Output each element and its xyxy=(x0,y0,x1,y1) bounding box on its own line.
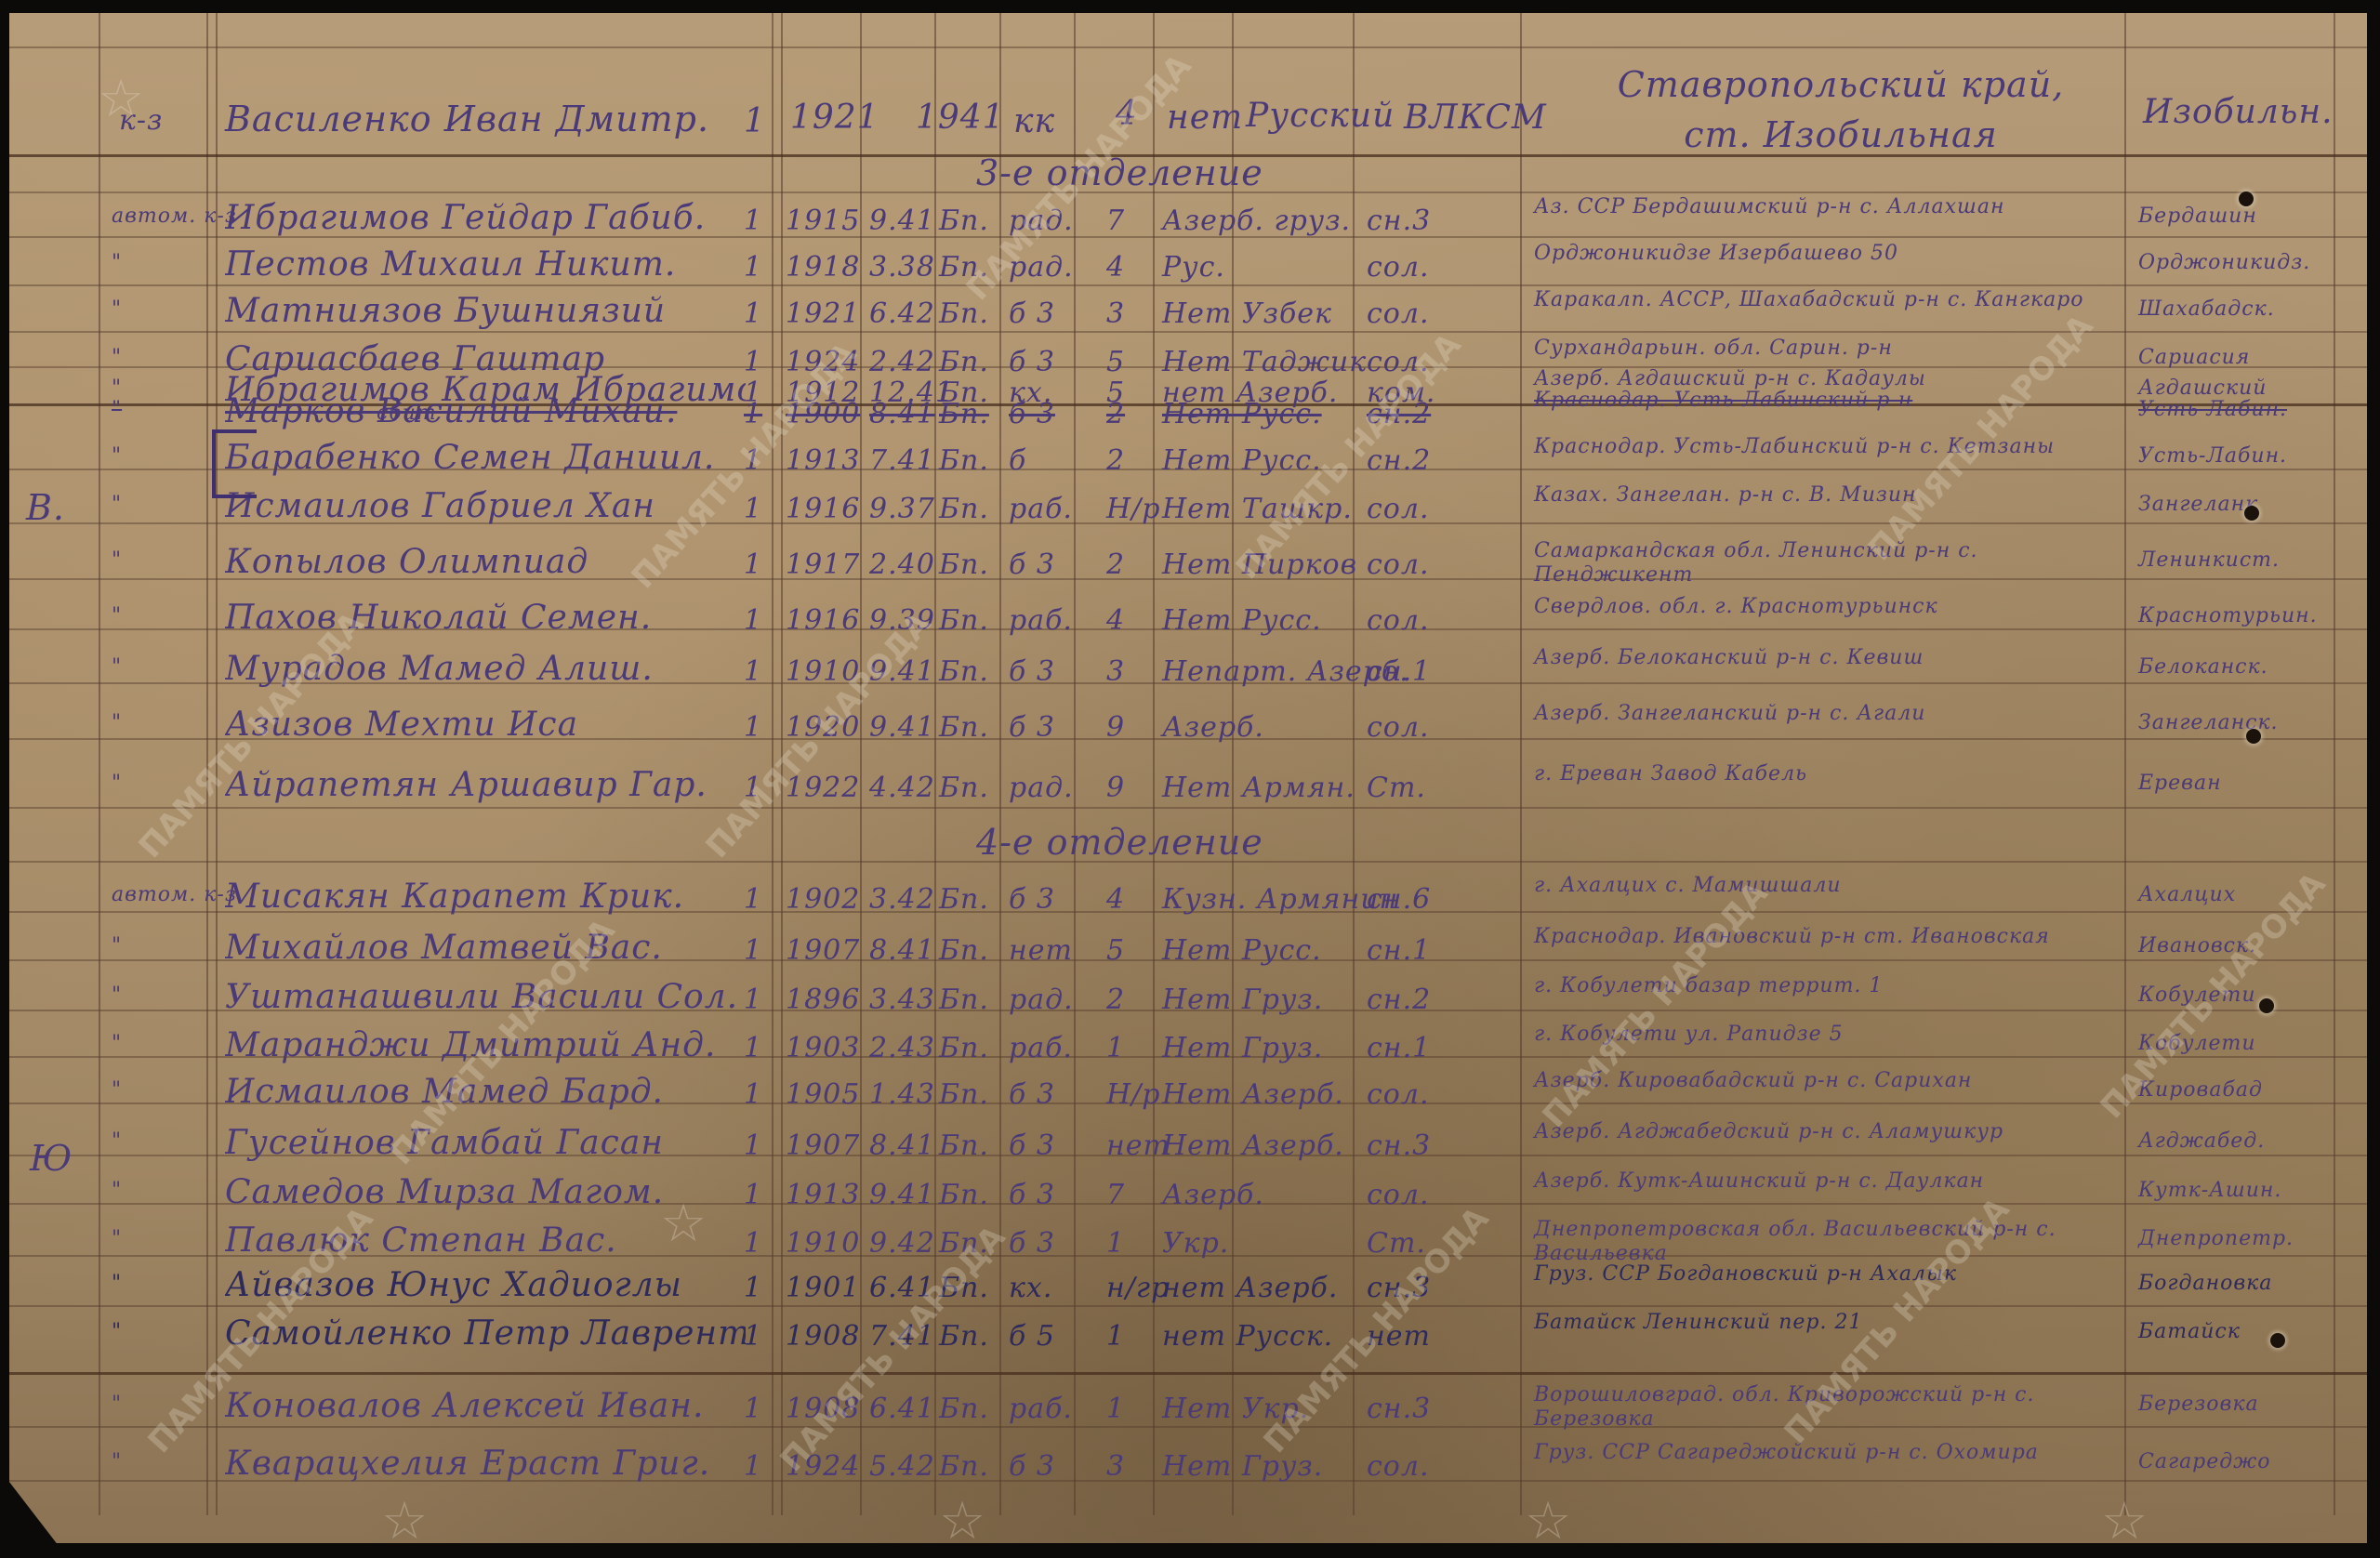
cell-unit: Бп. xyxy=(939,493,989,525)
cell-name: Барабенко Семен Даниил. xyxy=(225,439,746,477)
cell-col5: б 3 xyxy=(1009,548,1055,581)
cell-rank: " xyxy=(112,398,122,421)
cell-rank: " xyxy=(112,346,122,369)
cell-rank: автом. к-з xyxy=(112,883,237,906)
cell-col5: б 3 xyxy=(1009,1227,1055,1260)
cell-birth-year: 1907 xyxy=(786,1129,860,1162)
row-rule xyxy=(9,807,2367,809)
cell-col8: сн.3 xyxy=(1367,1393,1431,1425)
cell-unit: Бп. xyxy=(939,398,989,430)
cell-col6: 7 xyxy=(1106,205,1125,237)
cell-name: Кварацхелия Ераст Григ. xyxy=(225,1445,746,1483)
cell-rank: " xyxy=(112,1450,122,1473)
cell-col8: Ст. xyxy=(1367,772,1426,804)
cell-locality: Березовка xyxy=(2138,1393,2259,1416)
cell-name: Пахов Николай Семен. xyxy=(225,599,746,637)
cell-col6: 3 xyxy=(1106,297,1125,330)
cell-col6: 1 xyxy=(1106,1032,1125,1064)
cell-birth-year: 1916 xyxy=(786,493,860,525)
cell-birth-year: 1918 xyxy=(786,251,860,284)
cell-rank: автом. к-з xyxy=(112,205,237,228)
cell-name: Исмаилов Габриел Хан xyxy=(225,487,746,525)
punch-hole xyxy=(2246,729,2261,744)
cell-col7: нет Русск. xyxy=(1162,1320,1333,1353)
punch-hole xyxy=(2259,998,2274,1013)
cell-birth-year: 1921 xyxy=(786,297,860,330)
cell-col6: 2 xyxy=(1106,398,1125,430)
cell-birth-year: 1908 xyxy=(786,1320,860,1353)
cell-birth-year: 1913 xyxy=(786,1179,860,1211)
cell-name: Марков Василий Михай. xyxy=(225,392,746,430)
cell-name: Уштанашвили Васили Сол. xyxy=(225,978,746,1016)
cell-name: Пестов Михаил Никит. xyxy=(225,245,746,284)
cell-count: 1 xyxy=(744,711,762,744)
cell-date: 5.42 xyxy=(869,1450,935,1483)
cell-count: 1 xyxy=(744,604,762,637)
cell-locality: Днепропетр. xyxy=(2138,1227,2294,1250)
cell-unit: Бп. xyxy=(939,1393,989,1425)
cell-count: 1 xyxy=(744,1078,762,1111)
margin-mark: В. xyxy=(26,487,65,528)
column-rule xyxy=(2124,13,2126,1515)
cell-unit: Бп. xyxy=(939,984,989,1016)
cell-name: Матниязов Бушниязий xyxy=(225,292,746,330)
cell-col6: 1 xyxy=(1106,1227,1125,1260)
cell-col7: Нет Русс. xyxy=(1162,444,1322,477)
cell-date: 4.42 xyxy=(869,772,935,804)
cell-col7: Азерб. xyxy=(1162,1179,1264,1211)
star-icon: ☆ xyxy=(1525,1491,1571,1551)
cell-unit: Бп. xyxy=(939,934,989,967)
cell-col6: 4 xyxy=(1106,604,1125,637)
cell-birth-year: 1913 xyxy=(786,444,860,477)
cell-locality: Зангеланк xyxy=(2138,493,2258,516)
cell-col6: 2 xyxy=(1106,548,1125,581)
cell-unit: Бп. xyxy=(939,604,989,637)
cell-col7: Укр. xyxy=(1162,1227,1229,1260)
cell-col6: 1 xyxy=(1106,1393,1125,1425)
row-rule xyxy=(9,46,2367,48)
punch-hole xyxy=(2270,1333,2285,1348)
cell-rank: " xyxy=(112,604,122,627)
cell-col8: сн.1 xyxy=(1367,934,1431,967)
cell-date: 2.42 xyxy=(869,346,935,378)
column-rule xyxy=(1520,13,1522,1515)
cell-col8: сол. xyxy=(1367,251,1430,284)
cell-col8: сол. xyxy=(1367,548,1430,581)
cell-col5: б 3 xyxy=(1009,398,1055,430)
cell-rank: " xyxy=(112,984,122,1007)
cell-rank: " xyxy=(112,297,122,321)
header-address: Ставропольский край, ст. Изобильная xyxy=(1580,59,2101,160)
cell-address: Орджоникидзе Изербашево 50 xyxy=(1534,242,2110,266)
cell-count: 1 xyxy=(744,1450,762,1483)
cell-locality: Белоканск. xyxy=(2138,655,2268,679)
cell-unit: Бп. xyxy=(939,711,989,744)
cell-date: 1.43 xyxy=(869,1078,935,1111)
cell-date: 9.41 xyxy=(869,711,935,744)
cell-locality: Кутк-Ашин. xyxy=(2138,1179,2281,1202)
cell-unit: Бп. xyxy=(939,346,989,378)
cell-birth-year: 1903 xyxy=(786,1032,860,1064)
cell-count: 1 xyxy=(744,297,762,330)
cell-address: Батайск Ленинский пер. 21 xyxy=(1534,1311,2110,1335)
cell-count: 1 xyxy=(744,655,762,688)
cell-locality: Агдашский xyxy=(2138,376,2267,400)
cell-col5: нет xyxy=(1009,934,1073,967)
cell-rank: " xyxy=(112,1393,122,1416)
cell-name: Коновалов Алексей Иван. xyxy=(225,1387,746,1425)
margin-mark: Ю xyxy=(30,1138,73,1179)
cell-col6: 2 xyxy=(1106,444,1125,477)
cell-col7: Кузн. Армянин xyxy=(1162,883,1398,916)
cell-col8: сн.1 xyxy=(1367,655,1431,688)
cell-col8: сол. xyxy=(1367,1450,1430,1483)
cell-rank: " xyxy=(112,376,122,400)
cell-rank: " xyxy=(112,444,122,468)
cell-col7: Нет Армян. xyxy=(1162,772,1355,804)
cell-col8: сн.1 xyxy=(1367,1032,1431,1064)
cell-count: 1 xyxy=(744,493,762,525)
cell-address: Аз. ССР Бердашимский р-н с. Аллахшан xyxy=(1534,195,2110,219)
cell-unit: Бп. xyxy=(939,205,989,237)
cell-col5: раб. xyxy=(1009,1393,1073,1425)
cell-col6: 2 xyxy=(1106,984,1125,1016)
cell-col5: б 5 xyxy=(1009,1320,1055,1353)
cell-col7: Азерб. xyxy=(1162,711,1264,744)
cell-col8: сн.6 xyxy=(1367,883,1431,916)
cell-name: Айрапетян Аршавир Гар. xyxy=(225,766,746,804)
cell-count: 1 xyxy=(744,205,762,237)
cell-col6: 5 xyxy=(1106,346,1125,378)
cell-address: Груз. ССР Сагареджойский р-н с. Охомира xyxy=(1534,1441,2110,1465)
cell-col6: н/гр xyxy=(1106,1272,1170,1304)
cell-col5: б 3 xyxy=(1009,1179,1055,1211)
cell-rank: " xyxy=(112,1227,122,1250)
cell-locality: Сариасия xyxy=(2138,346,2250,369)
cell-name: Самойленко Петр Лаврентьевич xyxy=(225,1314,746,1353)
cell-date: 3.43 xyxy=(869,984,935,1016)
cell-col7: Нет Русс. xyxy=(1162,604,1322,637)
cell-col5: рад. xyxy=(1009,772,1074,804)
cell-col7: Нет Груз. xyxy=(1162,1032,1323,1064)
cell-col6: 3 xyxy=(1106,655,1125,688)
cell-col7: Нет Груз. xyxy=(1162,984,1323,1016)
cell-col8: сол. xyxy=(1367,297,1430,330)
cell-date: 7.41 xyxy=(869,444,935,477)
cell-address: Свердлов. обл. г. Краснотурьинск xyxy=(1534,595,2110,619)
cell-count: 1 xyxy=(744,548,762,581)
cell-col6: нет xyxy=(1106,1129,1170,1162)
cell-locality: Усть-Лабин. xyxy=(2138,444,2287,468)
cell-col6: 1 xyxy=(1106,1320,1125,1353)
cell-birth-year: 1902 xyxy=(786,883,860,916)
cell-col7: Нет Русс. xyxy=(1162,934,1322,967)
cell-col7: нет Азерб. xyxy=(1162,1272,1338,1304)
cell-unit: Бп. xyxy=(939,1450,989,1483)
header-count: 1 xyxy=(744,102,766,140)
cell-date: 2.40 xyxy=(869,548,935,581)
cell-col5: б 3 xyxy=(1009,883,1055,916)
cell-col6: 3 xyxy=(1106,1450,1125,1483)
star-icon: ☆ xyxy=(98,69,144,129)
cell-date: 9.37 xyxy=(869,493,935,525)
cell-rank: " xyxy=(112,1032,122,1055)
cell-birth-year: 1915 xyxy=(786,205,860,237)
cell-address: Сурхандарьин. обл. Сарин. р-н xyxy=(1534,337,2110,361)
cell-date: 3.38 xyxy=(869,251,935,284)
cell-name: Мисакян Карапет Крик. xyxy=(225,878,746,916)
cell-date: 6.41 xyxy=(869,1393,935,1425)
header-nationality: Русский xyxy=(1246,97,1395,135)
cell-count: 1 xyxy=(744,934,762,967)
cell-rank: " xyxy=(112,493,122,516)
cell-col5: кх. xyxy=(1009,1272,1052,1304)
header-birth-year: 1921 xyxy=(790,99,879,137)
cell-locality: Агджабед. xyxy=(2138,1129,2265,1153)
cell-col5: б 3 xyxy=(1009,297,1055,330)
cell-unit: Бп. xyxy=(939,1129,989,1162)
cell-address: Азерб. Кутк-Ашинский р-н с. Даулкан xyxy=(1534,1169,2110,1194)
cell-name: Гусейнов Гамбай Гасан xyxy=(225,1124,746,1162)
cell-address: Краснодар. Ивановский р-н ст. Ивановская xyxy=(1534,925,2110,949)
cell-name: Азизов Мехти Иса xyxy=(225,706,746,744)
cell-address: Азерб. Белоканский р-н с. Кевиш xyxy=(1534,646,2110,670)
cell-date: 6.42 xyxy=(869,297,935,330)
cell-locality: Батайск xyxy=(2138,1320,2241,1343)
cell-address: Казах. Зангелан. р-н с. В. Мизин xyxy=(1534,483,2110,508)
cell-unit: Бп. xyxy=(939,1320,989,1353)
cell-col6: 7 xyxy=(1106,1179,1125,1211)
star-icon: ☆ xyxy=(381,1491,428,1551)
cell-count: 1 xyxy=(744,1179,762,1211)
section-title-4: 4-е отделение xyxy=(976,822,1263,863)
cell-rank: " xyxy=(112,1078,122,1102)
cell-locality: Богдановка xyxy=(2138,1272,2272,1295)
cell-unit: Бп. xyxy=(939,1179,989,1211)
cell-col6: Н/р xyxy=(1106,1078,1160,1111)
cell-count: 1 xyxy=(744,1227,762,1260)
cell-rank: " xyxy=(112,772,122,795)
row-rule xyxy=(9,331,2367,333)
cell-col8: сн.3 xyxy=(1367,205,1431,237)
cell-count: 1 xyxy=(744,883,762,916)
cell-address: Азерб. Агджабедский р-н с. Аламушкур xyxy=(1534,1120,2110,1144)
cell-rank: " xyxy=(112,1272,122,1295)
punch-hole xyxy=(2244,506,2259,521)
cell-col5: раб. xyxy=(1009,604,1073,637)
cell-col5: б 3 xyxy=(1009,1450,1055,1483)
cell-date: 8.41 xyxy=(869,1129,935,1162)
header-locality: Изобильн. xyxy=(2143,93,2334,131)
fold-line xyxy=(9,1372,2367,1375)
cell-col6: 4 xyxy=(1106,883,1125,916)
star-icon: ☆ xyxy=(660,1194,707,1254)
cell-birth-year: 1901 xyxy=(786,1272,860,1304)
watermark: ПАМЯТЬ НАРОДА xyxy=(1538,877,1773,1133)
cell-address: г. Ахалцих с. Мамишшали xyxy=(1534,874,2110,898)
cell-count: 1 xyxy=(744,346,762,378)
star-icon: ☆ xyxy=(2101,1491,2148,1551)
cell-col7: Нет Азерб. xyxy=(1162,1078,1344,1111)
cell-count: 1 xyxy=(744,1272,762,1304)
cell-col6: 4 xyxy=(1106,251,1125,284)
cell-col7: Нет Груз. xyxy=(1162,1450,1323,1483)
cell-col7: Нет Русс. xyxy=(1162,398,1322,430)
cell-rank: " xyxy=(112,548,122,572)
cell-count: 1 xyxy=(744,984,762,1016)
cell-unit: Бп. xyxy=(939,655,989,688)
cell-birth-year: 1907 xyxy=(786,934,860,967)
cell-col6: 9 xyxy=(1106,772,1125,804)
ink-bracket xyxy=(212,429,257,498)
cell-locality: Ереван xyxy=(2138,772,2222,795)
cell-address: г. Ереван Завод Кабель xyxy=(1534,762,2110,786)
cell-col5: б 3 xyxy=(1009,1129,1055,1162)
cell-col8: сол. xyxy=(1367,711,1430,744)
cell-count: 1 xyxy=(744,1393,762,1425)
cell-locality: Усть-Лабин. xyxy=(2138,398,2287,421)
cell-address: Самаркандская обл. Ленинский р-н с. Пенд… xyxy=(1534,539,2110,588)
cell-col7: Нет Узбек xyxy=(1162,297,1332,330)
cell-col7: Рус. xyxy=(1162,251,1225,284)
cell-col5: б 3 xyxy=(1009,1078,1055,1111)
cell-unit: Бп. xyxy=(939,548,989,581)
cell-locality: Шахабадск. xyxy=(2138,297,2275,321)
cell-col8: сн.3 xyxy=(1367,1129,1431,1162)
cell-locality: Орджоникидз. xyxy=(2138,251,2310,274)
cell-rank: " xyxy=(112,934,122,957)
cell-count: 1 xyxy=(744,1320,762,1353)
cell-col8: сол. xyxy=(1367,1179,1430,1211)
cell-rank: " xyxy=(112,1129,122,1153)
cell-col7: Нет Азерб. xyxy=(1162,1129,1344,1162)
cell-col8: сол. xyxy=(1367,1078,1430,1111)
cell-rank: " xyxy=(112,1179,122,1202)
cell-address: Каракалп. АССР, Шахабадский р-н с. Кангк… xyxy=(1534,288,2110,312)
row-rule xyxy=(9,1305,2367,1307)
cell-locality: Краснотурьин. xyxy=(2138,604,2318,627)
cell-address: г. Кобулети базар террит. 1 xyxy=(1534,974,2110,998)
cell-rank: " xyxy=(112,1320,122,1343)
header-party: ВЛКСМ xyxy=(1404,99,1547,137)
cell-address: Груз. ССР Богдановский р-н Ахалык xyxy=(1534,1262,2110,1287)
cell-col5: б 3 xyxy=(1009,346,1055,378)
row-rule xyxy=(9,284,2367,286)
cell-col6: 5 xyxy=(1106,934,1125,967)
cell-rank: " xyxy=(112,655,122,679)
cell-col7: Азерб. груз. xyxy=(1162,205,1351,237)
cell-col5: рад. xyxy=(1009,984,1074,1016)
cell-name: Михайлов Матвей Вас. xyxy=(225,929,746,967)
cell-date: 9.41 xyxy=(869,205,935,237)
cell-count: 1 xyxy=(744,251,762,284)
cell-col7: Нет Таджик xyxy=(1162,346,1367,378)
header-service-date: 1941 xyxy=(916,99,1005,137)
cell-col6: Н/р xyxy=(1106,493,1160,525)
cell-address: Краснодар. Усть-Лабинский р-н с. Кетзаны xyxy=(1534,435,2110,459)
cell-col5: б 3 xyxy=(1009,655,1055,688)
annotation-sbit: сбит xyxy=(377,402,437,425)
cell-birth-year: 1910 xyxy=(786,1227,860,1260)
cell-name: Ибрагимов Гейдар Габиб. xyxy=(225,199,746,237)
cell-locality: Бердашин xyxy=(2138,205,2257,228)
cell-birth-year: 1905 xyxy=(786,1078,860,1111)
star-icon: ☆ xyxy=(939,1491,985,1551)
cell-col6: 9 xyxy=(1106,711,1125,744)
cell-birth-year: 1917 xyxy=(786,548,860,581)
cell-col5: б xyxy=(1009,444,1026,477)
cell-col5: раб. xyxy=(1009,1032,1073,1064)
cell-unit: Бп. xyxy=(939,1032,989,1064)
cell-col8: Ст. xyxy=(1367,1227,1426,1260)
cell-date: 2.43 xyxy=(869,1032,935,1064)
cell-birth-year: 1896 xyxy=(786,984,860,1016)
cell-col8: сол. xyxy=(1367,604,1430,637)
cell-date: 9.41 xyxy=(869,1179,935,1211)
cell-col8: сн.2 xyxy=(1367,984,1431,1016)
cell-locality: Сагареджо xyxy=(2138,1450,2270,1473)
cell-col5: б 3 xyxy=(1009,711,1055,744)
column-rule xyxy=(99,13,100,1515)
header-name: Василенко Иван Дмитр. xyxy=(225,99,709,139)
cell-unit: Бп. xyxy=(939,772,989,804)
column-rule xyxy=(1353,13,1355,1515)
cell-date: 3.42 xyxy=(869,883,935,916)
cell-count: 1 xyxy=(744,1032,762,1064)
column-rule xyxy=(1074,13,1076,1515)
cell-date: 8.41 xyxy=(869,398,935,430)
cell-date: 9.42 xyxy=(869,1227,935,1260)
document-sheet: к-з Василенко Иван Дмитр. 1 1921 1941 кк… xyxy=(9,13,2367,1543)
punch-hole xyxy=(2239,191,2254,206)
cell-unit: Бп. xyxy=(939,444,989,477)
cell-col5: раб. xyxy=(1009,493,1073,525)
cell-date: 8.41 xyxy=(869,934,935,967)
cell-address: Азерб. Кировабадский р-н с. Сарихан xyxy=(1534,1069,2110,1093)
cell-birth-year: 1916 xyxy=(786,604,860,637)
cell-address: Днепропетровская обл. Васильевский р-н с… xyxy=(1534,1218,2110,1266)
cell-address: Азерб. Зангеланский р-н с. Агали xyxy=(1534,702,2110,726)
cell-unit: Бп. xyxy=(939,883,989,916)
header-family: нет xyxy=(1167,99,1243,137)
cell-col8: сол. xyxy=(1367,493,1430,525)
cell-locality: Ахалцих xyxy=(2138,883,2236,906)
cell-rank: " xyxy=(112,711,122,734)
cell-unit: Бп. xyxy=(939,1078,989,1111)
column-rule xyxy=(2334,13,2335,1515)
header-unit: кк xyxy=(1013,102,1055,140)
cell-locality: Ленинкист. xyxy=(2138,548,2280,572)
cell-rank: " xyxy=(112,251,122,274)
cell-count: 1 xyxy=(744,1129,762,1162)
